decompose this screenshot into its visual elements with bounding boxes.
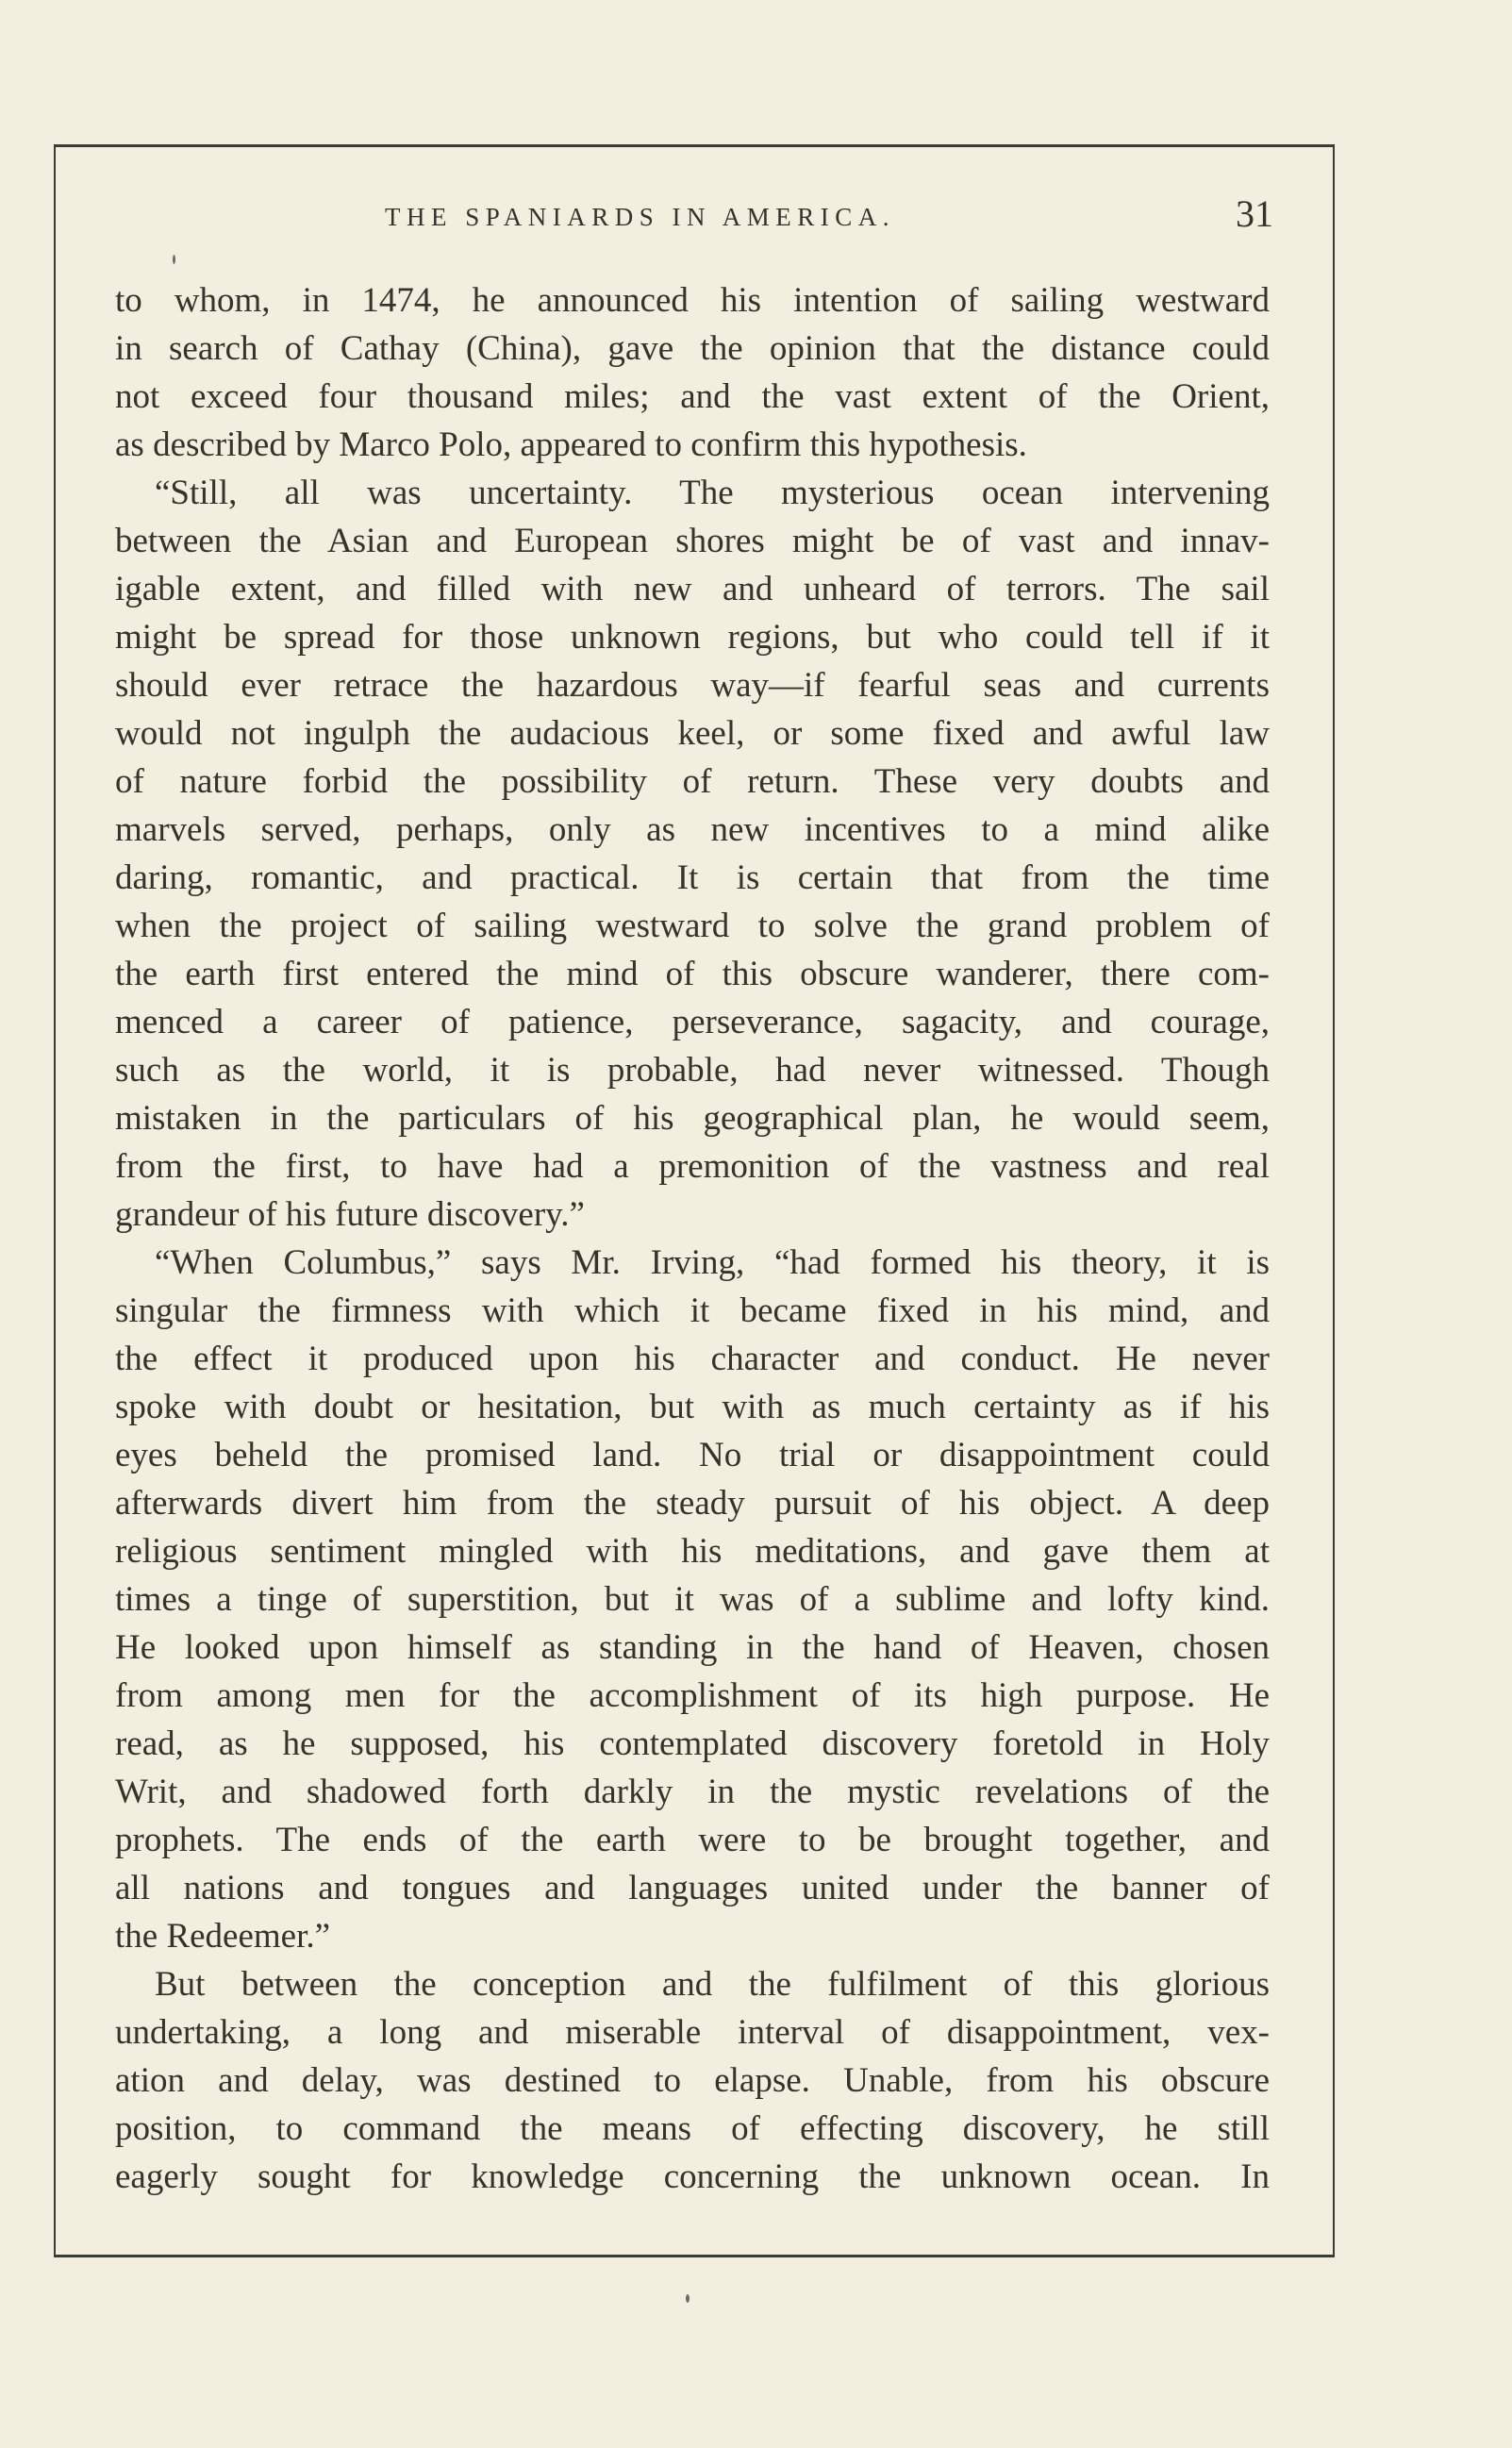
text-line: eagerly sought for knowledge concerning … [115, 2153, 1270, 2201]
text-line: religious sentiment mingled with his med… [115, 1527, 1270, 1575]
text-line: ation and delay, was destined to elapse.… [115, 2057, 1270, 2105]
text-line: should ever retrace the hazardous way—if… [115, 661, 1270, 709]
text-line: Writ, and shadowed forth darkly in the m… [115, 1768, 1270, 1816]
text-line: from the first, to have had a premonitio… [115, 1142, 1270, 1191]
text-line: prophets. The ends of the earth were to … [115, 1816, 1270, 1864]
running-head: THE SPANIARDS IN AMERICA. [385, 198, 993, 236]
text-line: But between the conception and the fulfi… [115, 1960, 1270, 2008]
text-line: spoke with doubt or hesitation, but with… [115, 1383, 1270, 1431]
text-line: position, to command the means of effect… [115, 2105, 1270, 2153]
page-number: 31 [1226, 192, 1273, 237]
text-line: mistaken in the particulars of his geogr… [115, 1094, 1270, 1142]
text-line: between the Asian and European shores mi… [115, 517, 1270, 565]
text-line: the Redeemer.” [115, 1912, 1270, 1960]
text-line: of nature forbid the possibility of retu… [115, 758, 1270, 806]
text-line: in search of Cathay (China), gave the op… [115, 325, 1270, 373]
text-line: grandeur of his future discovery.” [115, 1191, 1270, 1239]
text-line: igable extent, and filled with new and u… [115, 565, 1270, 613]
text-line: when the project of sailing westward to … [115, 902, 1270, 950]
text-line: singular the firmness with which it beca… [115, 1287, 1270, 1335]
ink-speck [686, 2294, 690, 2303]
text-line: would not ingulph the audacious keel, or… [115, 709, 1270, 758]
text-line: daring, romantic, and practical. It is c… [115, 854, 1270, 902]
text-line: eyes beheld the promised land. No trial … [115, 1431, 1270, 1479]
text-line: such as the world, it is probable, had n… [115, 1046, 1270, 1094]
text-line: times a tinge of superstition, but it wa… [115, 1575, 1270, 1624]
text-line: marvels served, perhaps, only as new inc… [115, 806, 1270, 854]
text-line: undertaking, a long and miserable interv… [115, 2008, 1270, 2057]
text-line: He looked upon himself as standing in th… [115, 1624, 1270, 1672]
body-text: to whom, in 1474, he announced his inten… [115, 276, 1270, 2201]
text-line: read, as he supposed, his contemplated d… [115, 1720, 1270, 1768]
text-line: as described by Marco Polo, appeared to … [115, 421, 1270, 469]
text-line: the earth first entered the mind of this… [115, 950, 1270, 998]
text-line: afterwards divert him from the steady pu… [115, 1479, 1270, 1527]
text-line: the effect it produced upon his characte… [115, 1335, 1270, 1383]
text-line: from among men for the accomplishment of… [115, 1672, 1270, 1720]
text-line: might be spread for those unknown region… [115, 613, 1270, 661]
text-line: menced a career of patience, perseveranc… [115, 998, 1270, 1046]
text-line: “When Columbus,” says Mr. Irving, “had f… [115, 1239, 1270, 1287]
ink-speck [173, 255, 175, 264]
text-line: “Still, all was uncertainty. The mysteri… [115, 469, 1270, 517]
text-line: to whom, in 1474, he announced his inten… [115, 276, 1270, 325]
text-line: not exceed four thousand miles; and the … [115, 373, 1270, 421]
text-line: all nations and tongues and languages un… [115, 1864, 1270, 1912]
